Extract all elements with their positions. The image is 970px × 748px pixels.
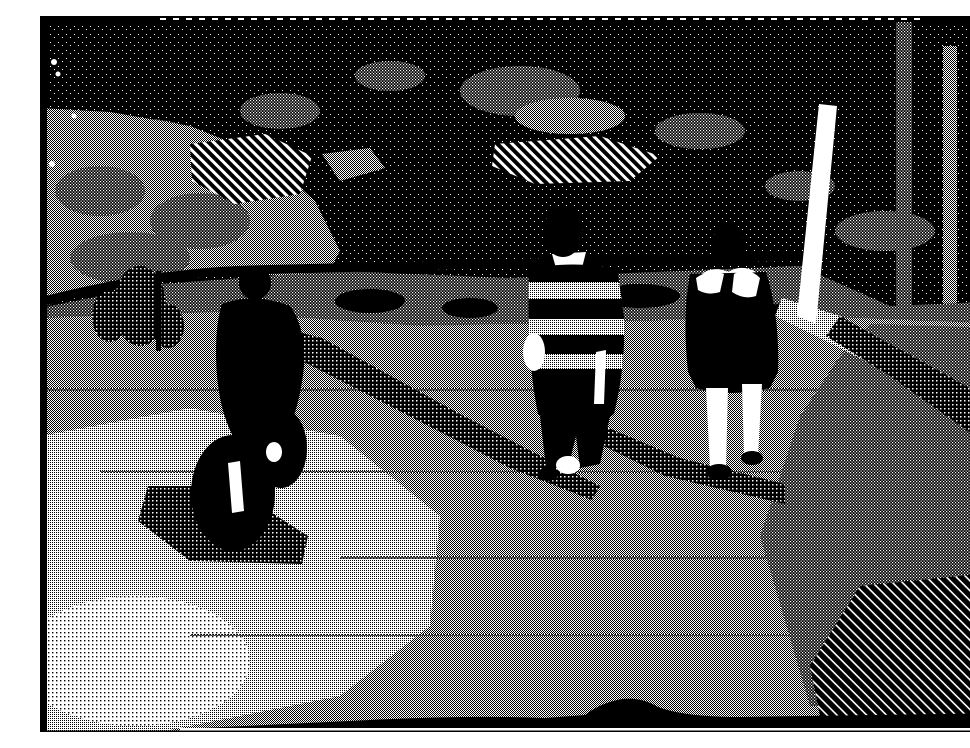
hub-highlight: [266, 442, 282, 462]
white-shoe: [556, 456, 580, 474]
pedal-foot: [230, 522, 258, 542]
elbow-highlight: [523, 333, 545, 371]
shrub-blob: [92, 290, 128, 342]
light-speck: [56, 72, 61, 77]
photo-canvas: [40, 16, 970, 732]
frame-top: [40, 16, 970, 22]
frame-left: [40, 16, 47, 732]
tree-trunk-streak: [896, 16, 912, 306]
canopy-dapple: [515, 98, 625, 134]
cyclist-body: [216, 298, 304, 442]
shirt-stripe: [520, 282, 630, 299]
walker-head: [543, 207, 583, 257]
canopy-dapple: [655, 113, 745, 149]
bank-mottle: [55, 166, 145, 216]
tree-trunk-streak: [943, 46, 957, 316]
shrub-stem: [156, 271, 161, 351]
canopy-dapple: [355, 61, 425, 91]
light-speck: [72, 114, 77, 119]
path-banding: [40, 388, 970, 391]
frame-bottom: [40, 731, 970, 733]
shirt-stripe: [520, 319, 630, 335]
canopy-dapple: [240, 93, 320, 129]
cyclist-head: [239, 266, 271, 300]
dark-shoe: [538, 467, 558, 481]
bottom-light-strip: [180, 728, 970, 731]
halftone-photo: [40, 16, 970, 732]
walker-head: [712, 224, 744, 266]
dark-shoe: [706, 464, 732, 480]
collar-right-lobe: [732, 271, 760, 298]
canopy-dapple: [835, 211, 935, 251]
light-speck: [49, 161, 55, 167]
arm-gap-highlight: [594, 350, 606, 404]
dark-shoe: [741, 451, 763, 465]
path-banding: [340, 556, 970, 559]
verge-shrub: [335, 289, 405, 313]
verge-shrub: [442, 298, 498, 318]
light-speck: [51, 59, 57, 65]
